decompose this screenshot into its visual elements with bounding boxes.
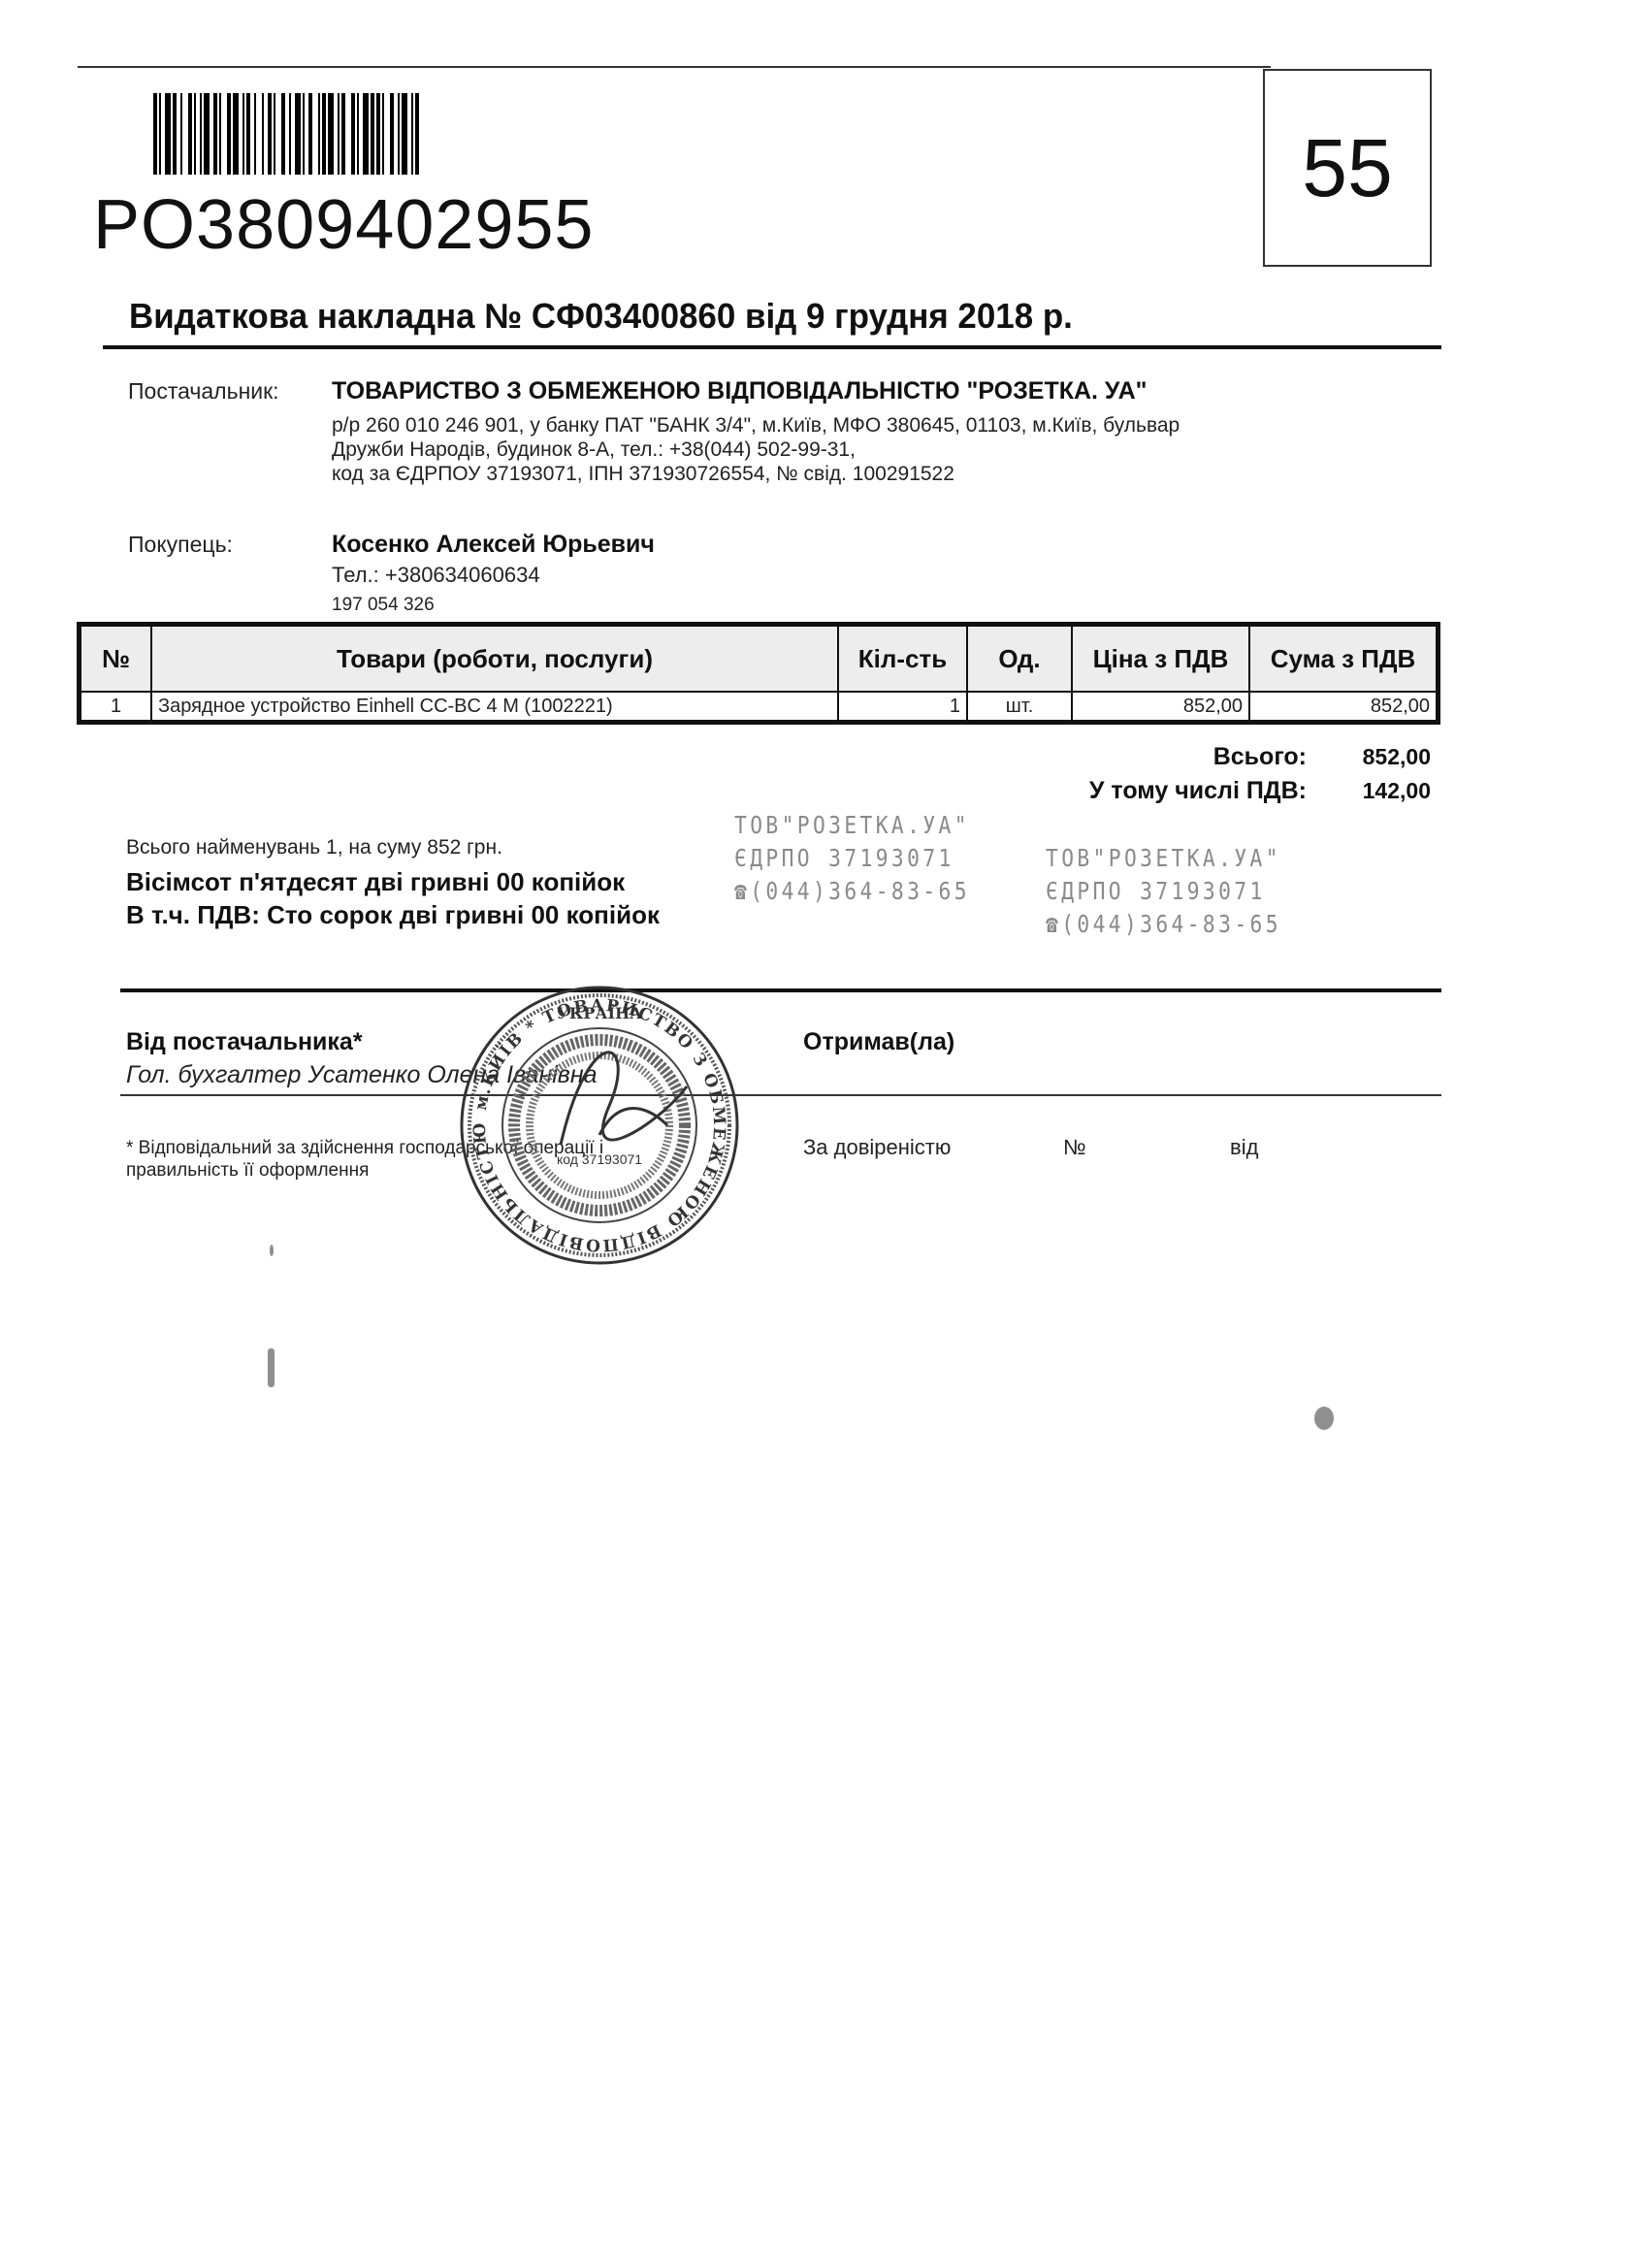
vat-label: У тому числі ПДВ:: [1016, 777, 1307, 805]
buyer-name: Косенко Алексей Юрьевич: [332, 531, 655, 559]
col-header-no: №: [80, 625, 152, 693]
cell-sum: 852,00: [1249, 692, 1439, 723]
vat-value: 142,00: [1305, 778, 1431, 804]
table-row: 1 Зарядное устройство Einhell CC-BC 4 M …: [80, 692, 1439, 723]
total-value: 852,00: [1305, 744, 1431, 770]
scan-artifact: [1314, 1407, 1334, 1430]
proxy-number-label: №: [1063, 1135, 1086, 1160]
amount-in-words: Вісімсот п'ятдесят дві гривні 00 копійок: [126, 867, 625, 897]
document-title: Видаткова накладна № СФ03400860 від 9 гр…: [129, 296, 1073, 337]
cell-price: 852,00: [1072, 692, 1249, 723]
signature-divider: [120, 988, 1441, 992]
col-header-qty: Кіл-сть: [838, 625, 967, 693]
vat-in-words: В т.ч. ПДВ: Сто сорок дві гривні 00 копі…: [126, 900, 660, 930]
received-label: Отримав(ла): [803, 1028, 954, 1056]
stamp-line: ЄДРПО 37193071: [1046, 875, 1281, 908]
barcode-number: PO3809402955: [93, 190, 594, 260]
supplier-details-line: Дружби Народів, будинок 8-А, тел.: +38(0…: [332, 438, 856, 462]
cell-no: 1: [80, 692, 152, 723]
cell-goods: Зарядное устройство Einhell CC-BC 4 M (1…: [151, 692, 838, 723]
col-header-goods: Товари (роботи, послуги): [151, 625, 838, 693]
proxy-date-label: від: [1230, 1135, 1258, 1160]
table-header-row: № Товари (роботи, послуги) Кіл-сть Од. Ц…: [80, 625, 1439, 693]
col-header-price: Ціна з ПДВ: [1072, 625, 1249, 693]
scan-artifact: [270, 1245, 274, 1256]
stamp-line: ТОВ"РОЗЕТКА.УА": [734, 809, 970, 842]
page-number-box: 55: [1263, 69, 1432, 267]
from-supplier-label: Від постачальника*: [126, 1028, 363, 1056]
barcode: [153, 93, 601, 175]
cell-qty: 1: [838, 692, 967, 723]
page-number: 55: [1302, 121, 1392, 215]
supplier-label: Постачальник:: [128, 378, 279, 405]
stamp-line: ☎(044)364-83-65: [1046, 908, 1281, 941]
svg-text:УКРАЇНА: УКРАЇНА: [557, 1003, 642, 1022]
buyer-label: Покупець:: [128, 532, 233, 558]
supplier-name: ТОВАРИСТВО З ОБМЕЖЕНОЮ ВІДПОВІДАЛЬНІСТЮ …: [332, 377, 1148, 405]
buyer-extra: 197 054 326: [332, 595, 435, 616]
receiver-signature-line: [795, 1094, 1441, 1096]
items-table: № Товари (роботи, послуги) Кіл-сть Од. Ц…: [77, 622, 1440, 725]
proxy-label: За довіреністю: [803, 1135, 951, 1160]
svg-text:код 37193071: код 37193071: [557, 1151, 642, 1167]
items-count-summary: Всього найменувань 1, на суму 852 грн.: [126, 836, 502, 859]
title-divider: [103, 345, 1441, 349]
supplier-details-line: р/р 260 010 246 901, у банку ПАТ "БАНК 3…: [332, 414, 1180, 437]
company-ink-stamp: ТОВ"РОЗЕТКА.УА" ЄДРПО 37193071 ☎(044)364…: [1046, 842, 1281, 941]
top-border-line: [78, 66, 1271, 68]
stamp-line: ☎(044)364-83-65: [734, 875, 970, 908]
supplier-details-line: код за ЄДРПОУ 37193071, ІПН 371930726554…: [332, 463, 954, 486]
company-seal-icon: м.КИЇВ * ТОВАРИСТВО З ОБМЕЖЕНОЮ ВІДПОВІД…: [454, 980, 745, 1271]
company-ink-stamp: ТОВ"РОЗЕТКА.УА" ЄДРПО 37193071 ☎(044)364…: [734, 809, 970, 908]
buyer-phone: Тел.: +380634060634: [332, 563, 540, 588]
total-label: Всього:: [1016, 743, 1307, 771]
stamp-line: ТОВ"РОЗЕТКА.УА": [1046, 842, 1281, 875]
scan-artifact: [268, 1348, 275, 1387]
col-header-unit: Од.: [967, 625, 1072, 693]
col-header-sum: Сума з ПДВ: [1249, 625, 1439, 693]
stamp-line: ЄДРПО 37193071: [734, 842, 970, 875]
cell-unit: шт.: [967, 692, 1072, 723]
